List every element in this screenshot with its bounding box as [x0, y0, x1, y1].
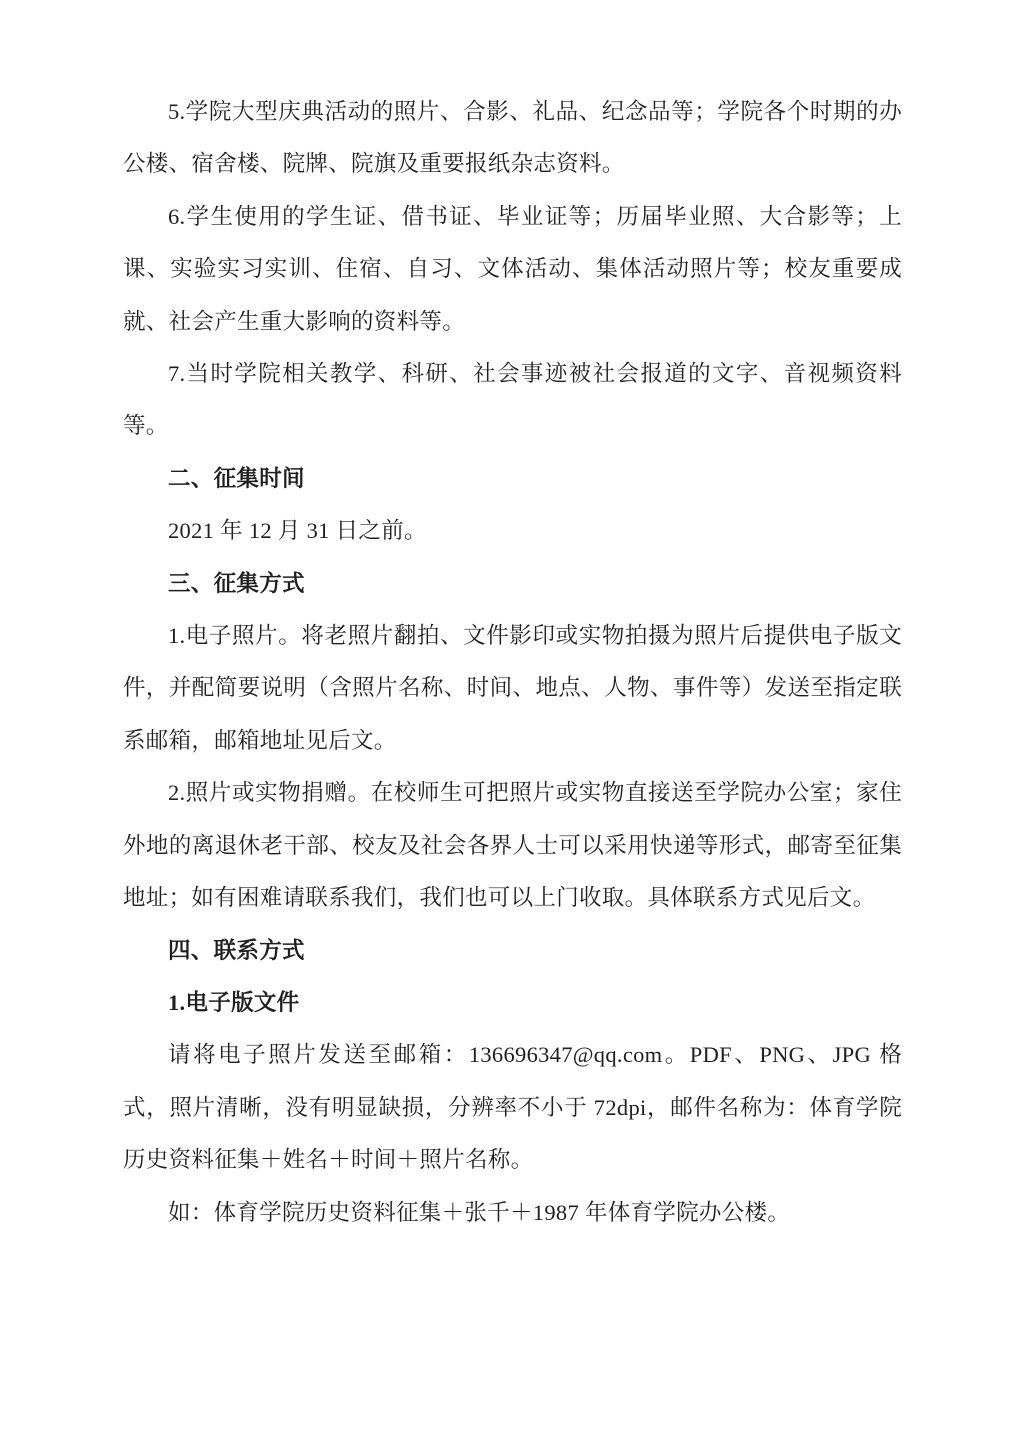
section-heading-contact: 四、联系方式 — [123, 925, 902, 977]
email-example: 如：体育学院历史资料征集＋张千＋1987 年体育学院办公楼。 — [123, 1187, 902, 1239]
section-heading-collection-method: 三、征集方式 — [123, 558, 902, 610]
email-instructions: 请将电子照片发送至邮箱：136696347@qq.com。PDF、PNG、JPG… — [123, 1029, 902, 1186]
collection-deadline: 2021 年 12 月 31 日之前。 — [123, 505, 902, 557]
document-page: 5.学院大型庆典活动的照片、合影、礼品、纪念品等；学院各个时期的办公楼、宿舍楼、… — [0, 0, 1024, 1448]
subheading-electronic-file: 1.电子版文件 — [123, 977, 902, 1029]
list-item-6: 6.学生使用的学生证、借书证、毕业证等；历届毕业照、大合影等；上课、实验实习实训… — [123, 191, 902, 348]
section-heading-collection-time: 二、征集时间 — [123, 453, 902, 505]
list-item-5: 5.学院大型庆典活动的照片、合影、礼品、纪念品等；学院各个时期的办公楼、宿舍楼、… — [123, 86, 902, 191]
method-item-physical-donation: 2.照片或实物捐赠。在校师生可把照片或实物直接送至学院办公室；家住外地的离退休老… — [123, 767, 902, 924]
method-item-electronic-photo: 1.电子照片。将老照片翻拍、文件影印或实物拍摄为照片后提供电子版文件，并配简要说… — [123, 610, 902, 767]
list-item-7: 7.当时学院相关教学、科研、社会事迹被社会报道的文字、音视频资料等。 — [123, 348, 902, 453]
